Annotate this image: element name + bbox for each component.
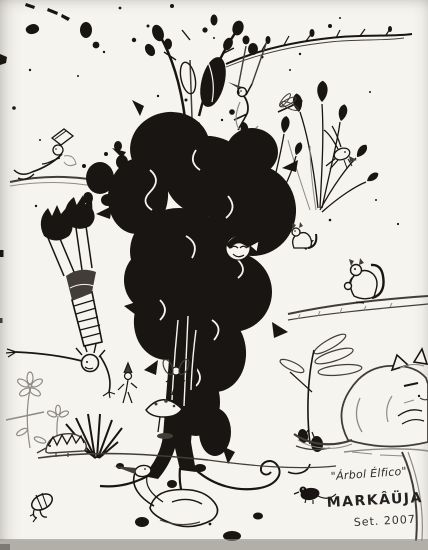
artist-signature: MARKÂÜJA — [326, 488, 423, 511]
caption-block: "Árbol Élfico" MARKÂÜJA Set. 2007 — [326, 465, 423, 529]
snail — [29, 491, 55, 522]
squirrel-on-branch — [345, 258, 384, 303]
squirrel-on-trunk — [292, 222, 316, 248]
elf-tree-canopy — [96, 100, 314, 464]
artwork-caption: "Árbol Élfico" — [330, 465, 407, 483]
handstand-elf — [6, 193, 115, 398]
elfin-tree-illustration: "Árbol Élfico" MARKÂÜJA Set. 2007 — [0, 0, 428, 550]
tree-top-branches — [144, 15, 249, 118]
small-elf — [118, 363, 137, 403]
scan-edge-strip — [0, 539, 428, 550]
right-branch — [288, 296, 428, 320]
artwork-date: Set. 2007 — [353, 513, 416, 529]
swinging-elf — [228, 44, 266, 132]
scanned-ink-drawing: "Árbol Élfico" MARKÂÜJA Set. 2007 — [0, 0, 428, 550]
